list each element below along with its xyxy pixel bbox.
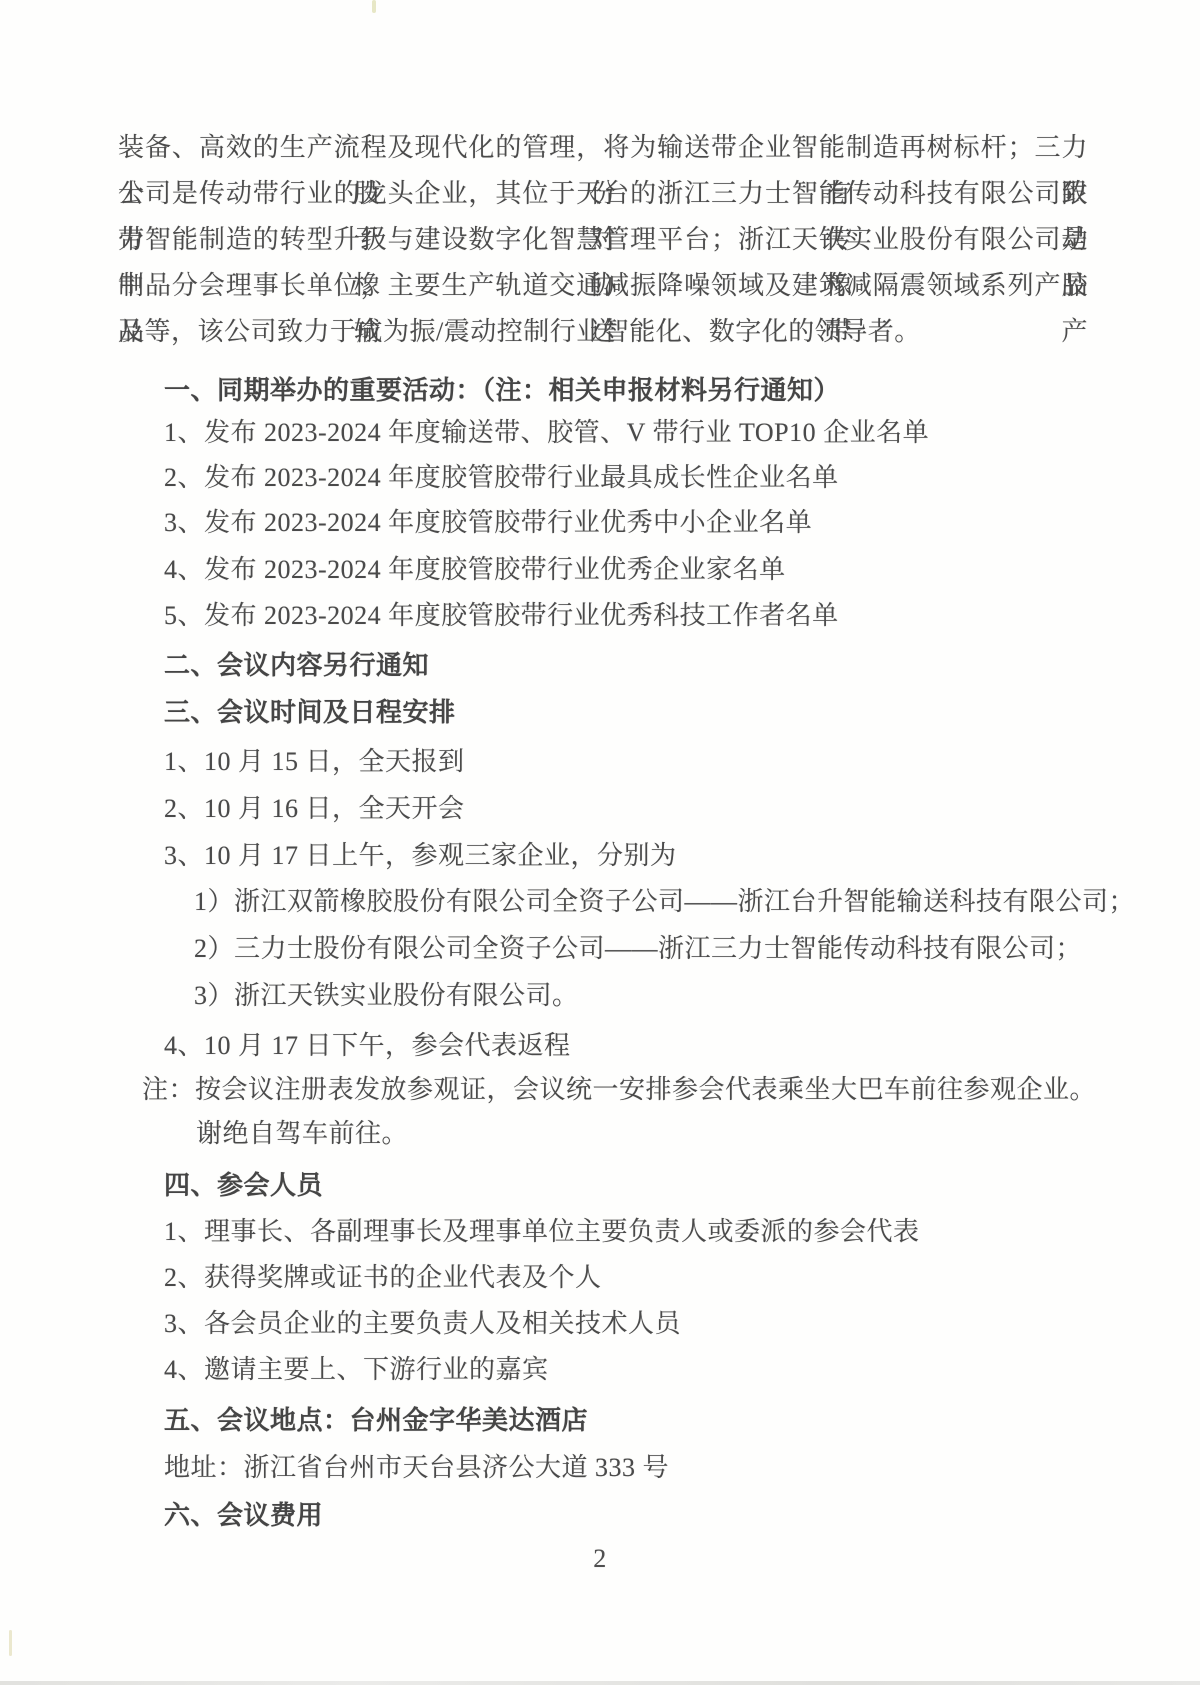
section-3-subitem-1: 1）浙江双箭橡胶股份有限公司全资子公司——浙江台升智能输送科技有限公司； (194, 879, 1135, 925)
section-4-item-3: 3、各会员企业的主要负责人及相关技术人员 (164, 1301, 681, 1347)
section-1-item-1: 1、发布 2023-2024 年度输送带、胶管、V 带行业 TOP10 企业名单 (164, 410, 929, 456)
scanned-document-page: 装备、高效的生产流程及现代化的管理，将为输送带企业智能制造再树标杆；三力士股份有… (0, 0, 1200, 1685)
section-3-note-line-2: 谢绝自驾车前往。 (196, 1111, 408, 1157)
section-3-item-2: 2、10 月 16 日，全天开会 (164, 786, 465, 832)
section-3-item-3: 3、10 月 17 日上午，参观三家企业，分别为 (164, 833, 677, 879)
section-5-address: 地址：浙江省台州市天台县济公大道 333 号 (164, 1445, 669, 1491)
scan-artifact-top-streak (372, 0, 376, 13)
section-4-item-4: 4、邀请主要上、下游行业的嘉宾 (164, 1347, 549, 1393)
section-1-heading: 一、同期举办的重要活动：（注：相关申报材料另行通知） (164, 368, 840, 414)
section-3-note-line-1: 注：按会议注册表发放参观证，会议统一安排参会代表乘坐大巴车前往参观企业。 (142, 1067, 1096, 1113)
section-5-heading: 五、会议地点：台州金字华美达酒店 (164, 1398, 588, 1444)
intro-paragraph-line-3: 带智能制造的转型升级与建设数字化智慧管理平台；浙江天铁实业股份有限公司是中橡协橡… (118, 217, 1088, 263)
intro-paragraph-line-4: 制品分会理事长单位，主要生产轨道交通减振降噪领域及建筑减隔震领域系列产品及输送带… (118, 263, 1088, 309)
intro-paragraph-line-2: 公司是传动带行业的龙头企业，其位于天台的浙江三力士智能传动科技有限公司致力于对传… (118, 171, 1088, 217)
page-number: 2 (0, 1536, 1200, 1582)
scan-artifact-bottom-edge (0, 1681, 1200, 1685)
section-3-heading: 三、会议时间及日程安排 (164, 690, 456, 736)
section-2-heading: 二、会议内容另行通知 (164, 643, 429, 689)
intro-paragraph-line-1: 装备、高效的生产流程及现代化的管理，将为输送带企业智能制造再树标杆；三力士股份有… (118, 125, 1088, 171)
section-3-item-4: 4、10 月 17 日下午，参会代表返程 (164, 1023, 571, 1069)
section-4-heading: 四、参会人员 (164, 1163, 323, 1209)
section-3-subitem-3: 3）浙江天铁实业股份有限公司。 (194, 973, 579, 1019)
section-4-item-2: 2、获得奖牌或证书的企业代表及个人 (164, 1255, 602, 1301)
section-1-item-2: 2、发布 2023-2024 年度胶管胶带行业最具成长性企业名单 (164, 455, 839, 501)
section-4-item-1: 1、理事长、各副理事长及理事单位主要负责人或委派的参会代表 (164, 1209, 920, 1255)
section-1-item-4: 4、发布 2023-2024 年度胶管胶带行业优秀企业家名单 (164, 547, 786, 593)
section-1-item-5: 5、发布 2023-2024 年度胶管胶带行业优秀科技工作者名单 (164, 593, 839, 639)
section-3-item-1: 1、10 月 15 日，全天报到 (164, 739, 465, 785)
section-1-item-3: 3、发布 2023-2024 年度胶管胶带行业优秀中小企业名单 (164, 500, 812, 546)
scan-artifact-left-tick (9, 1630, 12, 1656)
intro-paragraph-line-5: 品等，该公司致力于成为振/震动控制行业智能化、数字化的领导者。 (118, 309, 1088, 355)
section-6-heading: 六、会议费用 (164, 1493, 323, 1539)
section-3-subitem-2: 2）三力士股份有限公司全资子公司——浙江三力士智能传动科技有限公司； (194, 926, 1082, 972)
